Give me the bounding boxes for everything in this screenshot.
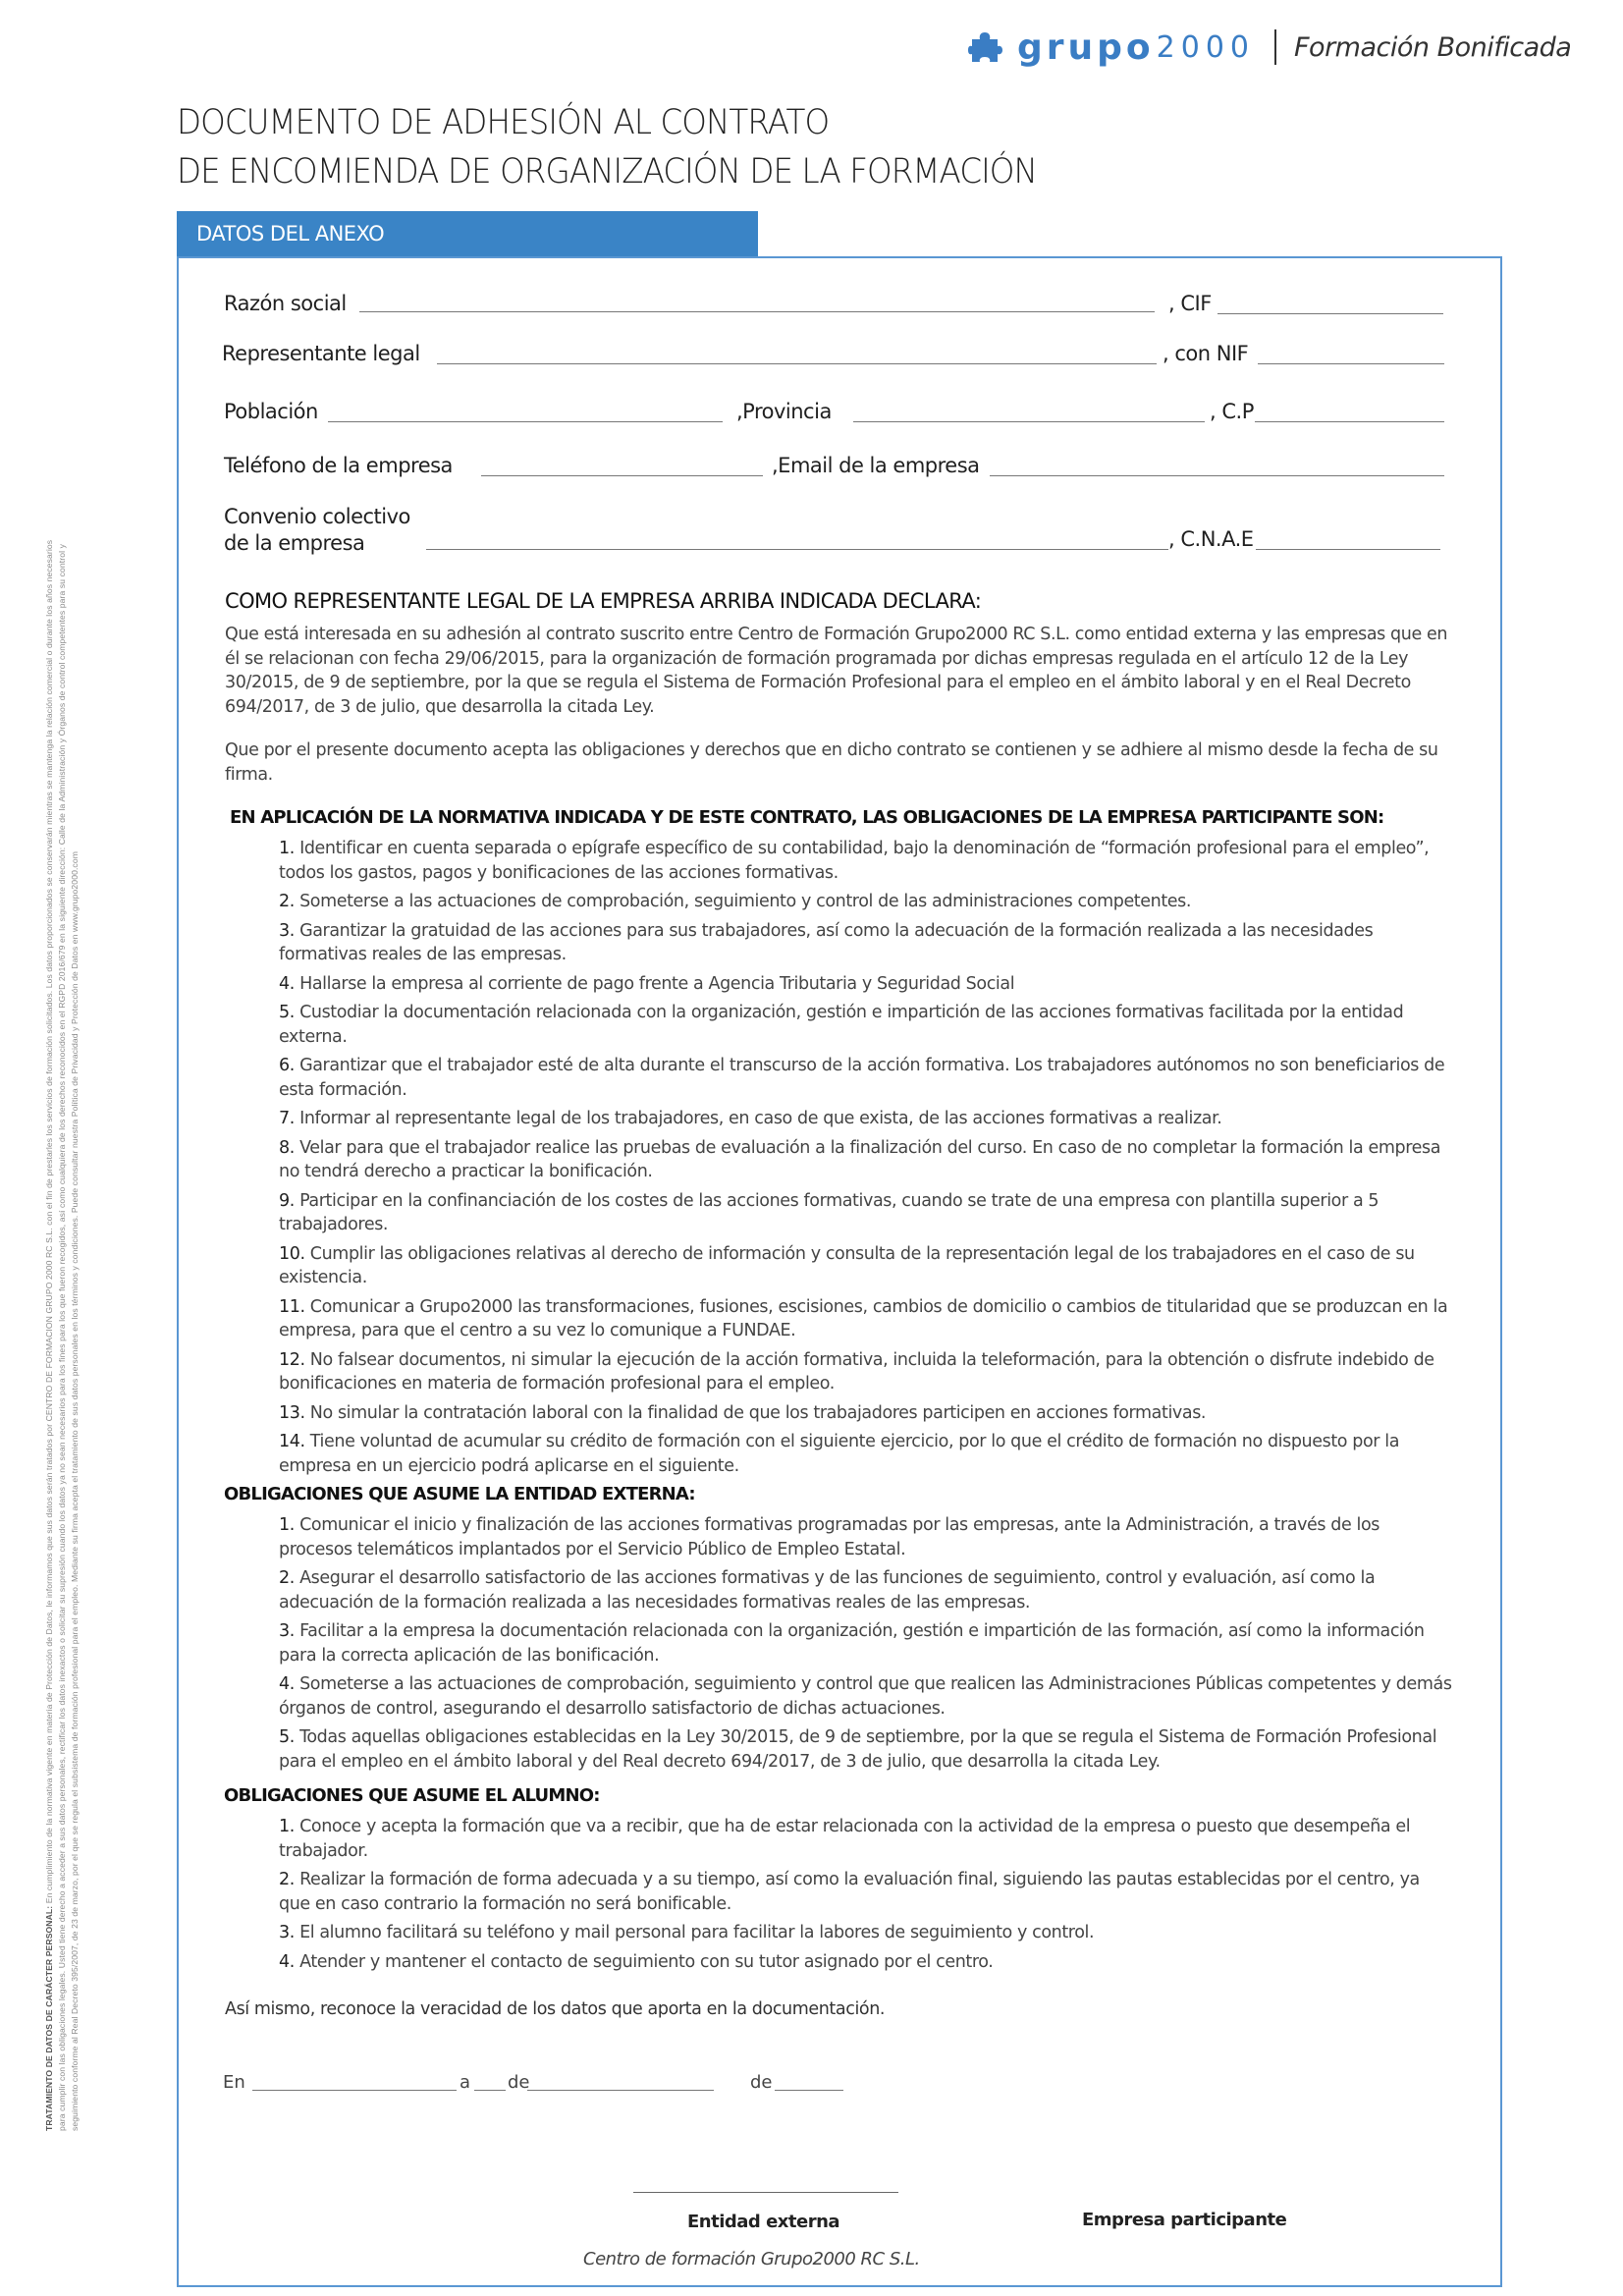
list-item-number: 11. [279,1297,310,1317]
external-obligations-list: 1. Comunicar el inicio y finalización de… [279,1513,1452,1778]
declaration-paragraph-1: Que está interesada en su adhesión al co… [225,623,1452,719]
list-item-number: 2. [279,1568,299,1588]
cnae-input[interactable] [1256,549,1440,550]
date-de2-label: de [750,2072,773,2093]
convenio-label-1: Convenio colectivo [224,505,410,528]
logo-word: grupo [1017,27,1155,68]
logo-divider [1274,29,1276,65]
list-item-number: 2. [279,1870,299,1889]
list-item: 12. No falsear documentos, ni simular la… [279,1348,1452,1396]
list-item: 10. Cumplir las obligaciones relativas a… [279,1242,1452,1290]
date-en-label: En [223,2072,245,2093]
page-title: DOCUMENTO DE ADHESIÓN AL CONTRATO DE ENC… [177,98,1272,196]
list-item-text: Identificar en cuenta separada o epígraf… [279,839,1429,883]
logo-number: 2000 [1157,30,1255,65]
date-place-input[interactable] [252,2090,457,2091]
list-item-text: Someterse a las actuaciones de comprobac… [299,892,1191,911]
list-item: 8. Velar para que el trabajador realice … [279,1136,1452,1184]
list-item-text: Informar al representante legal de los t… [299,1109,1221,1128]
privacy-body: En cumplimiento de la normativa vigente … [44,540,80,2131]
list-item-text: El alumno facilitará su teléfono y mail … [299,1923,1094,1942]
company-obligations-title: EN APLICACIÓN DE LA NORMATIVA INDICADA Y… [230,807,1383,828]
list-item-text: Garantizar la gratuidad de las acciones … [279,921,1373,965]
field-row-convenio: Convenio colectivo de la empresa , C.N.A… [224,505,1503,564]
list-item: 1. Identificar en cuenta separada o epíg… [279,837,1452,885]
list-item: 1. Comunicar el inicio y finalización de… [279,1513,1452,1561]
puzzle-piece-icon [968,29,1003,65]
email-input[interactable] [990,475,1444,476]
grupo2000-logo: grupo 2000 Formación Bonificada [968,27,1571,67]
list-item-text: No falsear documentos, ni simular la eje… [279,1350,1434,1394]
poblacion-label: Población [224,400,318,423]
poblacion-input[interactable] [328,421,723,422]
list-item-number: 1. [279,839,299,858]
list-item: 3. El alumno facilitará su teléfono y ma… [279,1921,1452,1945]
convenio-input[interactable] [426,549,1168,550]
list-item-text: Conoce y acepta la formación que va a re… [279,1817,1410,1861]
list-item: 2. Asegurar el desarrollo satisfactorio … [279,1566,1452,1614]
declaration-title: COMO REPRESENTANTE LEGAL DE LA EMPRESA A… [225,589,981,613]
list-item-number: 5. [279,1727,299,1747]
cif-label: , CIF [1168,292,1212,315]
provincia-label: ,Provincia [736,400,832,423]
list-item: 1. Conoce y acepta la formación que va a… [279,1815,1452,1863]
cnae-label: , C.N.A.E [1168,527,1254,551]
list-item-number: 7. [279,1109,299,1128]
list-item-text: Atender y mantener el contacto de seguim… [299,1952,993,1972]
cif-input[interactable] [1217,313,1443,314]
cp-input[interactable] [1255,421,1444,422]
list-item-number: 12. [279,1350,310,1370]
list-item: 2. Someterse a las actuaciones de compro… [279,890,1452,914]
title-line-1: DOCUMENTO DE ADHESIÓN AL CONTRATO [177,98,1272,147]
field-row-poblacion: Población ,Provincia , C.P [224,400,1503,429]
list-item-text: Garantizar que el trabajador esté de alt… [279,1056,1444,1100]
list-item-text: Comunicar el inicio y finalización de la… [279,1515,1380,1559]
logo-tagline: Formación Bonificada [1294,32,1571,63]
list-item-text: Asegurar el desarrollo satisfactorio de … [279,1568,1375,1613]
external-signature-line[interactable] [633,2192,898,2193]
date-a-label: a [460,2072,470,2093]
list-item-number: 10. [279,1244,310,1264]
list-item: 3. Facilitar a la empresa la documentaci… [279,1619,1452,1667]
list-item-number: 3. [279,921,299,941]
privacy-heading: TRATAMIENTO DE DATOS DE CARÁCTER PERSONA… [44,1906,54,2131]
list-item: 4. Someterse a las actuaciones de compro… [279,1672,1452,1721]
list-item-text: Tiene voluntad de acumular su crédito de… [279,1432,1399,1476]
external-entity-name: Centro de formación Grupo2000 RC S.L. [583,2249,920,2269]
list-item: 4. Hallarse la empresa al corriente de p… [279,972,1452,997]
list-item-number: 4. [279,1674,299,1694]
student-obligations-title: OBLIGACIONES QUE ASUME EL ALUMNO: [224,1785,600,1806]
list-item-number: 14. [279,1432,310,1451]
list-item-number: 13. [279,1403,310,1423]
list-item-text: Realizar la formación de forma adecuada … [279,1870,1420,1914]
convenio-label-2: de la empresa [224,531,364,555]
list-item-number: 1. [279,1817,299,1836]
declaration-paragraph-2: Que por el presente documento acepta las… [225,738,1452,787]
list-item-number: 9. [279,1191,299,1211]
closing-statement: Así mismo, reconoce la veracidad de los … [225,1999,885,2019]
company-label: Empresa participante [1082,2210,1286,2230]
list-item-number: 4. [279,1952,299,1972]
field-row-representante: Representante legal , con NIF [224,342,1503,371]
list-item-number: 4. [279,974,299,994]
section-tab-datos-anexo: DATOS DEL ANEXO [177,211,758,256]
list-item-text: Custodiar la documentación relacionada c… [279,1003,1403,1047]
list-item: 3. Garantizar la gratuidad de las accion… [279,919,1452,967]
list-item: 9. Participar en la confinanciación de l… [279,1189,1452,1237]
date-year-input[interactable] [775,2090,843,2091]
list-item: 2. Realizar la formación de forma adecua… [279,1868,1452,1916]
telefono-label: Teléfono de la empresa [224,454,453,477]
nif-label: , con NIF [1163,342,1248,365]
cp-label: , C.P [1210,400,1254,423]
privacy-notice: TRATAMIENTO DE DATOS DE CARÁCTER PERSONA… [43,520,134,2131]
list-item: 7. Informar al representante legal de lo… [279,1107,1452,1131]
date-line: En a de de [223,2072,910,2096]
list-item-number: 6. [279,1056,299,1075]
telefono-input[interactable] [481,475,763,476]
list-item: 4. Atender y mantener el contacto de seg… [279,1950,1452,1975]
company-obligations-list: 1. Identificar en cuenta separada o epíg… [279,837,1452,1483]
razon-social-label: Razón social [224,292,347,315]
date-day-input[interactable] [474,2090,506,2091]
field-row-telefono: Teléfono de la empresa ,Email de la empr… [224,454,1503,483]
list-item-text: No simular la contratación laboral con l… [310,1403,1206,1423]
list-item-number: 3. [279,1621,299,1641]
date-month-input[interactable] [527,2090,714,2091]
list-item: 14. Tiene voluntad de acumular su crédit… [279,1430,1452,1478]
representante-label: Representante legal [222,342,420,365]
list-item-text: Velar para que el trabajador realice las… [279,1138,1440,1182]
razon-social-input[interactable] [359,311,1155,312]
representante-input[interactable] [437,363,1157,364]
list-item-number: 3. [279,1923,299,1942]
list-item: 5. Todas aquellas obligaciones estableci… [279,1725,1452,1774]
list-item: 11. Comunicar a Grupo2000 las transforma… [279,1295,1452,1343]
list-item-text: Someterse a las actuaciones de comprobac… [279,1674,1452,1719]
list-item: 6. Garantizar que el trabajador esté de … [279,1054,1452,1102]
list-item-text: Todas aquellas obligaciones establecidas… [279,1727,1436,1772]
list-item: 13. No simular la contratación laboral c… [279,1401,1452,1426]
provincia-input[interactable] [853,421,1205,422]
list-item-number: 2. [279,892,299,911]
list-item-text: Comunicar a Grupo2000 las transformacion… [279,1297,1447,1341]
email-label: ,Email de la empresa [772,454,980,477]
list-item: 5. Custodiar la documentación relacionad… [279,1001,1452,1049]
list-item-number: 1. [279,1515,299,1535]
external-obligations-title: OBLIGACIONES QUE ASUME LA ENTIDAD EXTERN… [224,1484,695,1504]
list-item-number: 5. [279,1003,299,1022]
list-item-text: Cumplir las obligaciones relativas al de… [279,1244,1415,1288]
field-row-razon-social: Razón social , CIF [224,292,1503,321]
list-item-text: Participar en la confinanciación de los … [279,1191,1379,1235]
list-item-number: 8. [279,1138,299,1158]
student-obligations-list: 1. Conoce y acepta la formación que va a… [279,1815,1452,1979]
external-entity-label: Entidad externa [687,2212,839,2232]
list-item-text: Facilitar a la empresa la documentación … [279,1621,1425,1666]
list-item-text: Hallarse la empresa al corriente de pago… [299,974,1014,994]
title-line-2: DE ENCOMIENDA DE ORGANIZACIÓN DE LA FORM… [177,147,1272,196]
nif-input[interactable] [1258,363,1444,364]
